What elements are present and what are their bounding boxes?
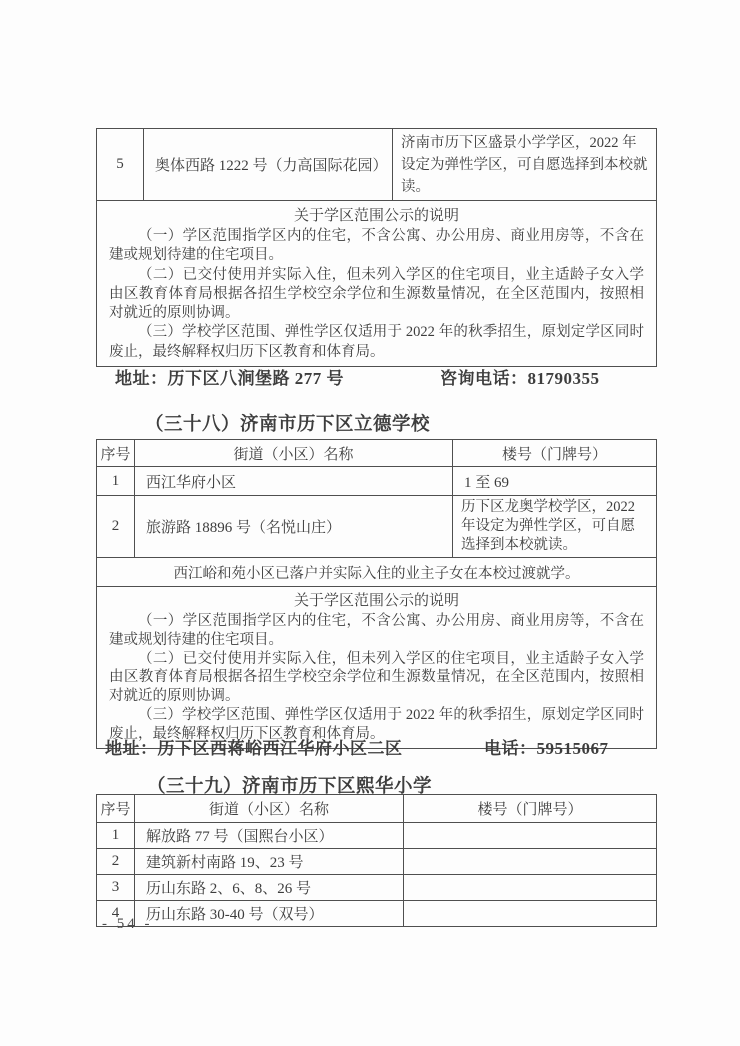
row-index-cell: 1 <box>97 467 135 496</box>
school-table-39: 序号 街道（小区）名称 楼号（门牌号） 1 解放路 77 号（国熙台小区） 2 … <box>96 794 657 927</box>
header-street-cell: 街道（小区）名称 <box>135 440 453 467</box>
table-row: 2 旅游路 18896 号（名悦山庄） 历下区龙奥学校学区，2022 年设定为弹… <box>97 496 657 558</box>
notice-paragraph-1: （一）学区范围指学区内的住宅，不含公寓、办公用房、商业用房等，不含在建或规划待建… <box>109 612 644 650</box>
street-name-cell: 西江华府小区 <box>135 467 453 496</box>
address-text: 地址：历下区八涧堡路 277 号 <box>115 364 344 389</box>
merged-note-cell: 西江峪和苑小区已落户并实际入住的业主子女在本校过渡就学。 <box>97 558 657 587</box>
row-index-cell: 3 <box>97 875 135 901</box>
table-row: 3 历山东路 2、6、8、26 号 <box>97 875 657 901</box>
building-number-cell <box>404 875 657 901</box>
phone-text: 电话：59515067 <box>484 734 609 759</box>
phone-text: 咨询电话：81790355 <box>440 364 600 389</box>
table-row: 5 奥体西路 1222 号（力高国际花园） 济南市历下区盛景小学学区，2022 … <box>97 129 657 201</box>
merged-note-row: 西江峪和苑小区已落户并实际入住的业主子女在本校过渡就学。 <box>97 558 657 587</box>
notice-paragraph-2: （二）已交付使用并实际入住，但未列入学区的住宅项目，业主适龄子女入学由区教育体育… <box>109 266 644 324</box>
school-table-38: 序号 街道（小区）名称 楼号（门牌号） 1 西江华府小区 1 至 69 2 旅游… <box>96 439 657 749</box>
table-row: 1 解放路 77 号（国熙台小区） <box>97 823 657 849</box>
notice-box: 关于学区范围公示的说明 （一）学区范围指学区内的住宅，不含公寓、办公用房、商业用… <box>97 587 657 749</box>
building-number-cell <box>404 849 657 875</box>
notice-paragraph-3: （三）学校学区范围、弹性学区仅适用于 2022 年的秋季招生，原划定学区同时废止… <box>109 323 644 362</box>
building-number-cell: 1 至 69 <box>453 467 657 496</box>
header-street-cell: 街道（小区）名称 <box>135 795 404 823</box>
notice-paragraph-2: （二）已交付使用并实际入住，但未列入学区的住宅项目，业主适龄子女入学由区教育体育… <box>109 650 644 706</box>
street-name-cell: 历山东路 30-40 号（双号） <box>135 901 404 927</box>
row-index-cell: 2 <box>97 496 135 558</box>
table-row: 2 建筑新村南路 19、23 号 <box>97 849 657 875</box>
page-number: - 54 - <box>102 916 153 933</box>
continuation-table: 5 奥体西路 1222 号（力高国际花园） 济南市历下区盛景小学学区，2022 … <box>96 128 657 367</box>
notice-row: 关于学区范围公示的说明 （一）学区范围指学区内的住宅，不含公寓、办公用房、商业用… <box>97 201 657 367</box>
document-page: 5 奥体西路 1222 号（力高国际花园） 济南市历下区盛景小学学区，2022 … <box>0 0 740 1046</box>
table-row: 1 西江华府小区 1 至 69 <box>97 467 657 496</box>
row-index-cell: 5 <box>97 129 144 201</box>
building-number-cell <box>404 901 657 927</box>
row-index-cell: 1 <box>97 823 135 849</box>
building-number-cell <box>404 823 657 849</box>
notice-box: 关于学区范围公示的说明 （一）学区范围指学区内的住宅，不含公寓、办公用房、商业用… <box>97 201 657 367</box>
notice-row: 关于学区范围公示的说明 （一）学区范围指学区内的住宅，不含公寓、办公用房、商业用… <box>97 587 657 749</box>
notice-title: 关于学区范围公示的说明 <box>109 591 644 612</box>
table-header-row: 序号 街道（小区）名称 楼号（门牌号） <box>97 795 657 823</box>
street-name-cell: 旅游路 18896 号（名悦山庄） <box>135 496 453 558</box>
street-name-cell: 解放路 77 号（国熙台小区） <box>135 823 404 849</box>
address-text: 地址：历下区西蒋峪西江华府小区二区 <box>105 734 403 759</box>
row-index-cell: 2 <box>97 849 135 875</box>
header-index-cell: 序号 <box>97 795 135 823</box>
header-index-cell: 序号 <box>97 440 135 467</box>
header-building-cell: 楼号（门牌号） <box>404 795 657 823</box>
notice-title: 关于学区范围公示的说明 <box>109 205 644 227</box>
header-building-cell: 楼号（门牌号） <box>453 440 657 467</box>
notice-paragraph-1: （一）学区范围指学区内的住宅，不含公寓、办公用房、商业用房等，不含在建或规划待建… <box>109 227 644 266</box>
district-note-cell: 济南市历下区盛景小学学区，2022 年设定为弹性学区，可自愿选择到本校就读。 <box>393 129 657 201</box>
street-name-cell: 历山东路 2、6、8、26 号 <box>135 875 404 901</box>
district-note-cell: 历下区龙奥学校学区，2022 年设定为弹性学区，可自愿选择到本校就读。 <box>453 496 657 558</box>
street-name-cell: 奥体西路 1222 号（力高国际花园） <box>144 129 393 201</box>
table-row: 4 历山东路 30-40 号（双号） <box>97 901 657 927</box>
section-heading-38: （三十八）济南市历下区立德学校 <box>145 410 430 436</box>
street-name-cell: 建筑新村南路 19、23 号 <box>135 849 404 875</box>
table-header-row: 序号 街道（小区）名称 楼号（门牌号） <box>97 440 657 467</box>
